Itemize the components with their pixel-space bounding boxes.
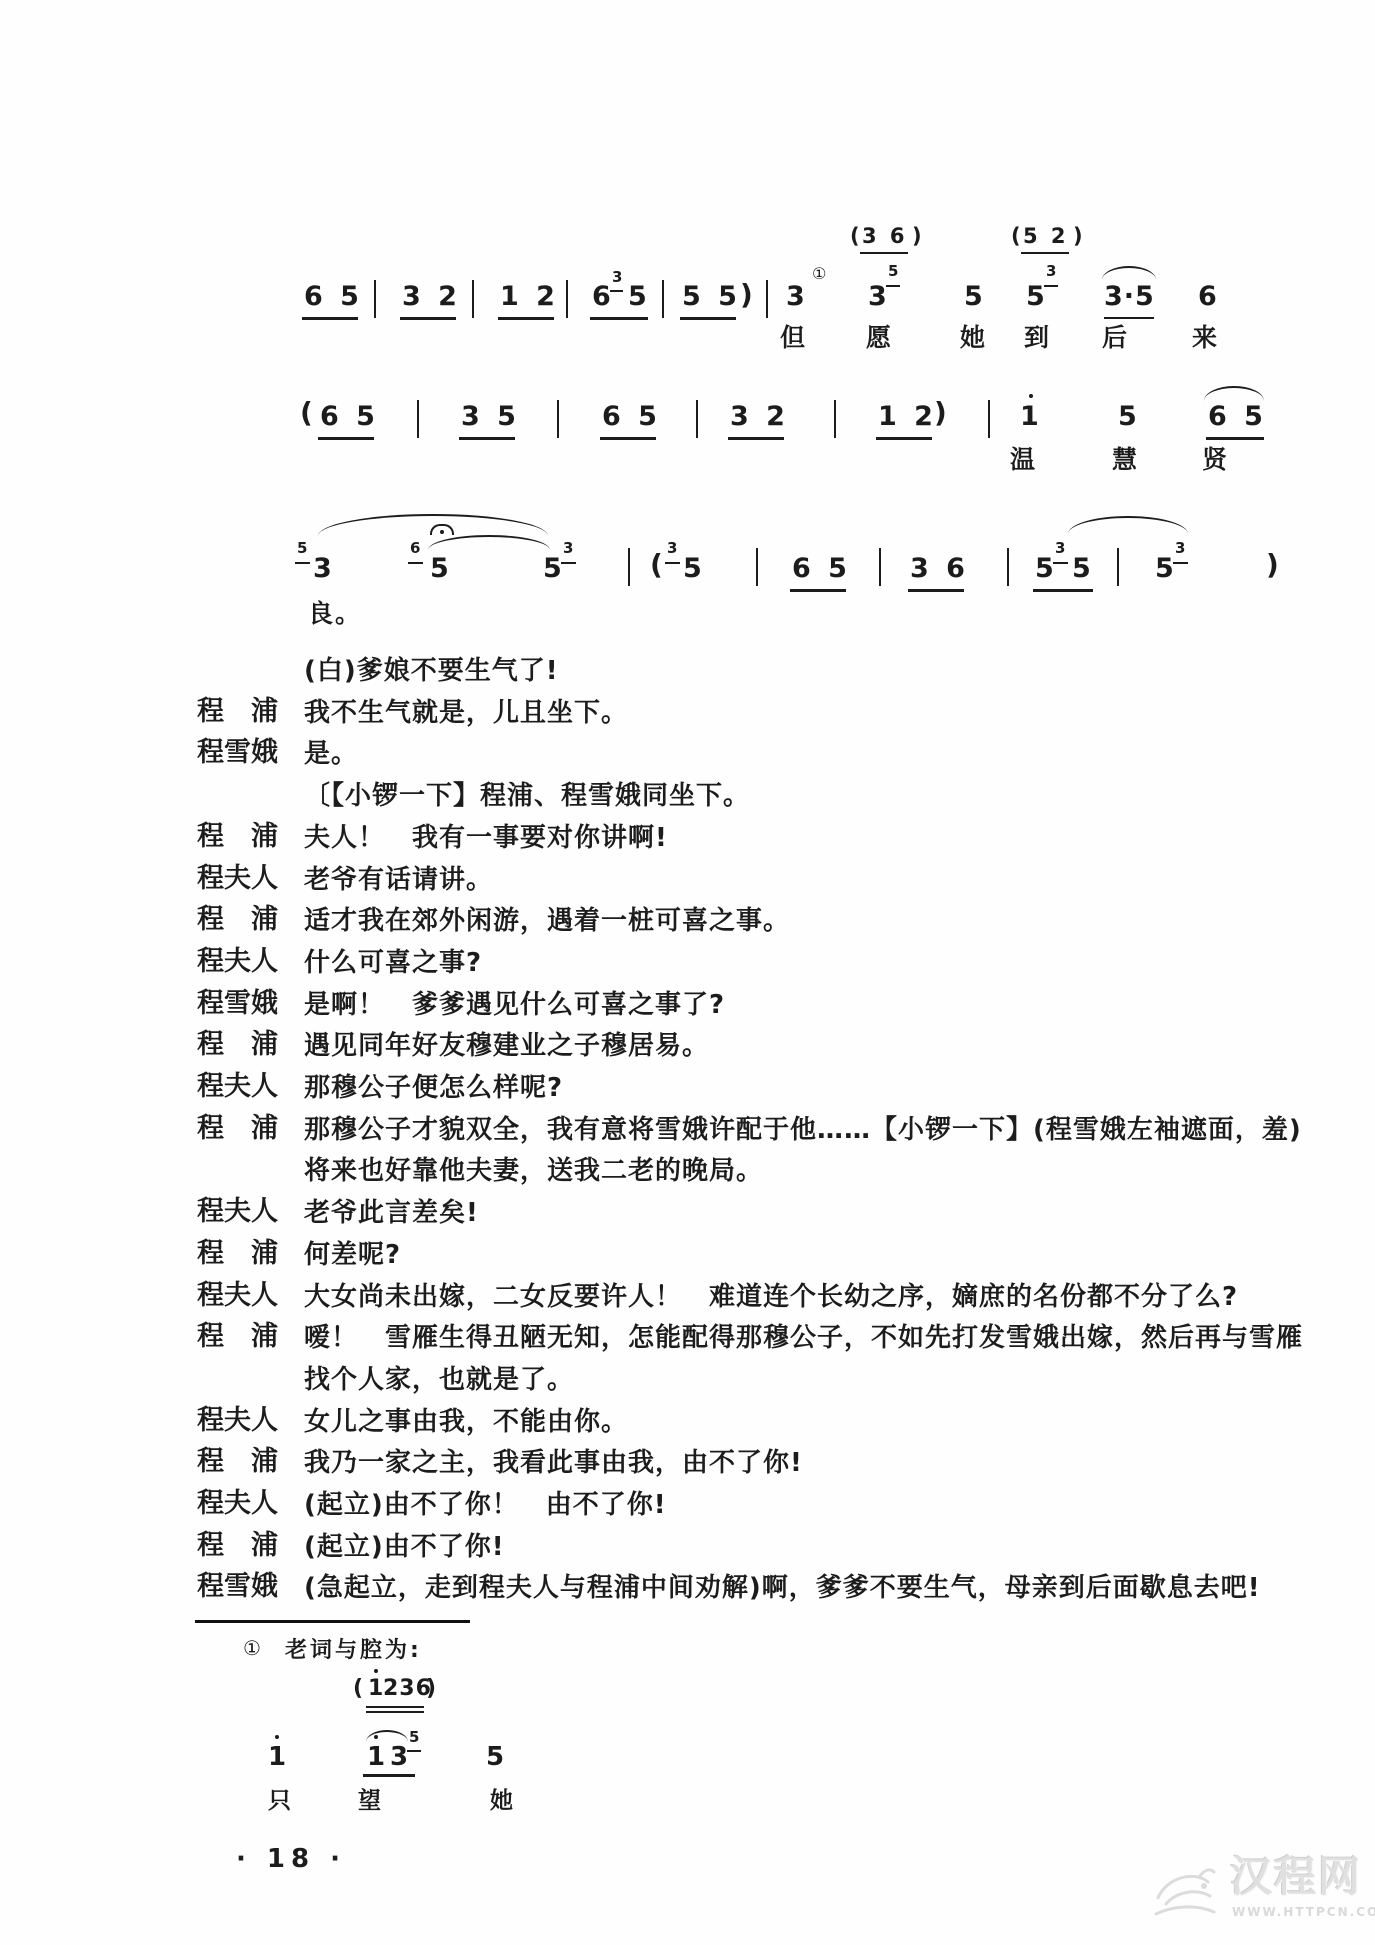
double-beam	[366, 1711, 424, 1713]
dialogue-text: 遇见同年好友穆建业之子穆居易。	[304, 1031, 709, 1062]
scanned-script-page: ( 3 6 ) ( 5 2 ) 6 5 3 2 1 2 6 3 5 5 5 ) …	[0, 0, 1375, 1945]
speaker-label: 程雪娥	[197, 1573, 278, 1600]
dialogue-row: 程 浦 我不生气就是，儿且坐下。	[197, 698, 1357, 738]
dialogue-row: 〔【小锣一下】程浦、程雪娥同坐下。	[197, 781, 1357, 821]
grace-note-small: 5	[409, 1730, 419, 1745]
lyric: 只	[268, 1790, 291, 1813]
note: 3	[390, 1744, 408, 1770]
dialogue-text: 是啊！ 爹爹遇见什么可喜之事了?	[304, 990, 725, 1021]
dialogue-row: 程 浦 (起立)由不了你!	[197, 1532, 1357, 1572]
dialogue-text: 那穆公子才貌双全，我有意将雪娥许配于他……【小锣一下】(程雪娥左袖遮面，羞)	[304, 1115, 1302, 1146]
dialogue-text: (急起立，走到程夫人与程浦中间劝解)啊，爹爹不要生气，母亲到后面歇息去吧!	[304, 1573, 1261, 1604]
lyric: 她	[490, 1790, 513, 1813]
dialogue-text: 大女尚未出嫁，二女反要许人！ 难道连个长幼之序，嫡庶的名份都不分了么?	[304, 1282, 1238, 1313]
dialogue-row: 程 浦 夫人！ 我有一事要对你讲啊!	[197, 823, 1357, 863]
speaker-label: 程夫人	[197, 1198, 278, 1225]
dialogue-text: 找个人家，也就是了。	[304, 1365, 574, 1396]
grace-paren-close: )	[426, 1678, 437, 1700]
dialogue-row: 程夫人 老爷有话请讲。	[197, 865, 1357, 905]
speaker-label: 程雪娥	[197, 739, 278, 766]
watermark-url: WWW.HTTPCN.COM	[1232, 1906, 1375, 1918]
dialogue-row: 程夫人 老爷此言差矣!	[197, 1198, 1357, 1238]
dialogue-text: 老爷此言差矣!	[304, 1198, 479, 1229]
speaker-label: 程雪娥	[197, 990, 278, 1017]
dialogue-row: (白)爹娘不要生气了!	[197, 656, 1357, 696]
dialogue-row: 程夫人 大女尚未出嫁，二女反要许人！ 难道连个长幼之序，嫡庶的名份都不分了么?	[197, 1282, 1357, 1322]
dialogue-text: 女儿之事由我，不能由你。	[304, 1407, 628, 1438]
speaker-label: 程夫人	[197, 948, 278, 975]
dialogue-text: 老爷有话请讲。	[304, 865, 493, 896]
dialogue-row: 程 浦 遇见同年好友穆建业之子穆居易。	[197, 1031, 1357, 1071]
footnote-marker: ①	[243, 1638, 261, 1658]
speaker-label: 程 浦	[197, 823, 278, 850]
dialogue-text: 什么可喜之事?	[304, 948, 482, 979]
page-number: · 18 ·	[236, 1846, 346, 1872]
dialogue-text: (白)爹娘不要生气了!	[304, 656, 559, 687]
watermark-name: 汉程网	[1230, 1856, 1362, 1898]
grace-notes: 236	[383, 1678, 432, 1700]
dialogue-text: 将来也好靠他夫妻，送我二老的晚局。	[304, 1156, 763, 1187]
watermark: 汉程网 WWW.HTTPCN.COM	[1146, 1856, 1371, 1936]
dialogue-row: 程 浦 我乃一家之主，我看此事由我，由不了你!	[197, 1448, 1357, 1488]
dialogue-row: 程夫人 (起立)由不了你！ 由不了你!	[197, 1490, 1357, 1530]
speaker-label: 程 浦	[197, 698, 278, 725]
dialogue-text: 是。	[304, 739, 358, 770]
footnote-label: 老词与腔为:	[285, 1640, 422, 1662]
speaker-label: 程夫人	[197, 1407, 278, 1434]
dialogue-text: 夫人！ 我有一事要对你讲啊!	[304, 823, 668, 854]
speaker-label: 程夫人	[197, 865, 278, 892]
dialogue-block: (白)爹娘不要生气了! 程 浦 我不生气就是，儿且坐下。 程雪娥 是。 〔【小锣…	[0, 0, 1375, 1945]
speaker-label: 程 浦	[197, 1031, 278, 1058]
dragon-logo-icon	[1146, 1856, 1226, 1931]
dialogue-row: 程夫人 女儿之事由我，不能由你。	[197, 1407, 1357, 1447]
dialogue-text: 嗳！ 雪雁生得丑陋无知，怎能配得那穆公子，不如先打发雪娥出嫁，然后再与雪雁	[304, 1323, 1303, 1354]
dialogue-text: (起立)由不了你！ 由不了你!	[304, 1490, 667, 1521]
dialogue-row: 程 浦 嗳！ 雪雁生得丑陋无知，怎能配得那穆公子，不如先打发雪娥出嫁，然后再与雪…	[197, 1323, 1357, 1363]
dialogue-row: 将来也好靠他夫妻，送我二老的晚局。	[197, 1156, 1357, 1196]
dialogue-text: 我乃一家之主，我看此事由我，由不了你!	[304, 1448, 803, 1479]
double-beam	[366, 1706, 424, 1708]
speaker-label: 程 浦	[197, 1240, 278, 1267]
dialogue-row: 程 浦 适才我在郊外闲游，遇着一桩可喜之事。	[197, 906, 1357, 946]
speaker-label: 程 浦	[197, 1323, 278, 1350]
speaker-label: 程夫人	[197, 1073, 278, 1100]
dialogue-row: 程雪娥 是啊！ 爹爹遇见什么可喜之事了?	[197, 990, 1357, 1030]
dialogue-text: 那穆公子便怎么样呢?	[304, 1073, 563, 1104]
dialogue-row: 找个人家，也就是了。	[197, 1365, 1357, 1405]
dialogue-row: 程雪娥 (急起立，走到程夫人与程浦中间劝解)啊，爹爹不要生气，母亲到后面歇息去吧…	[197, 1573, 1357, 1613]
dialogue-row: 程 浦 那穆公子才貌双全，我有意将雪娥许配于他……【小锣一下】(程雪娥左袖遮面，…	[197, 1115, 1357, 1155]
dialogue-text: 〔【小锣一下】程浦、程雪娥同坐下。	[304, 781, 750, 812]
grace-underline	[407, 1750, 421, 1752]
note-high-octave: 1	[367, 1744, 385, 1770]
lyric: 望	[358, 1790, 381, 1813]
dialogue-row: 程夫人 什么可喜之事?	[197, 948, 1357, 988]
speaker-label: 程夫人	[197, 1490, 278, 1517]
speaker-label: 程夫人	[197, 1282, 278, 1309]
dialogue-text: 何差呢?	[304, 1240, 401, 1271]
note: 5	[486, 1744, 504, 1770]
note-high-octave: 1	[368, 1678, 384, 1700]
speaker-label: 程 浦	[197, 906, 278, 933]
dialogue-row: 程 浦 何差呢?	[197, 1240, 1357, 1280]
speaker-label: 程 浦	[197, 1115, 278, 1142]
beam	[363, 1774, 415, 1777]
note-high-octave: 1	[268, 1744, 286, 1770]
dialogue-row: 程夫人 那穆公子便怎么样呢?	[197, 1073, 1357, 1113]
grace-paren-open: (	[353, 1678, 364, 1700]
dialogue-text: 我不生气就是，儿且坐下。	[304, 698, 628, 729]
speaker-label: 程 浦	[197, 1448, 278, 1475]
dialogue-row: 程雪娥 是。	[197, 739, 1357, 779]
dialogue-text: 适才我在郊外闲游，遇着一桩可喜之事。	[304, 906, 790, 937]
speaker-label: 程 浦	[197, 1532, 278, 1559]
footnote-rule	[195, 1620, 470, 1623]
dialogue-text: (起立)由不了你!	[304, 1532, 505, 1563]
